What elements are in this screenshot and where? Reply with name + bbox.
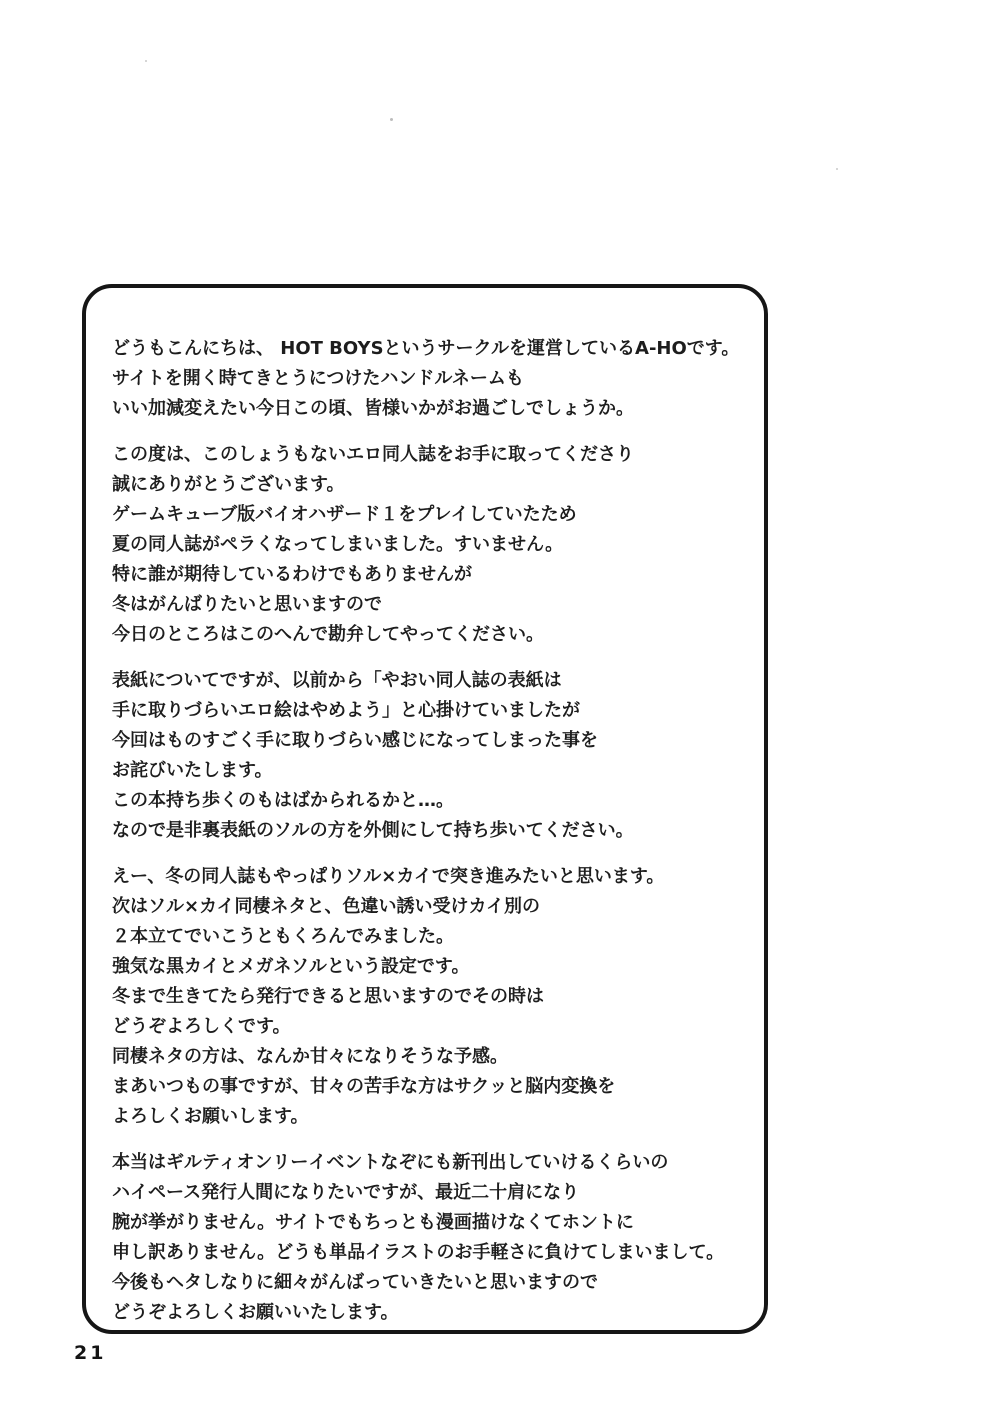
text-line: 同棲ネタの方は、なんか甘々になりそうな予感。 bbox=[112, 1042, 740, 1072]
text-line: 腕が挙がりません。サイトでもちっとも漫画描けなくてホントに bbox=[112, 1208, 740, 1238]
text-line: えー、冬の同人誌もやっぱりソル×カイで突き進みたいと思います。 bbox=[112, 862, 740, 892]
text-line: 手に取りづらいエロ絵はやめよう」と心掛けていましたが bbox=[112, 696, 740, 726]
paragraph-greeting: どうもこんにちは、 HOT BOYSというサークルを運営しているA-HOです。 … bbox=[112, 334, 740, 424]
text-line: どうもこんにちは、 HOT BOYSというサークルを運営しているA-HOです。 bbox=[112, 334, 740, 364]
text-line: まあいつもの事ですが、甘々の苦手な方はサクッと脳内変換を bbox=[112, 1072, 740, 1102]
text-line: 強気な黒カイとメガネソルという設定です。 bbox=[112, 952, 740, 982]
text-line: 誠にありがとうございます。 bbox=[112, 470, 740, 500]
text-line: いい加減変えたい今日この頃、皆様いかがお過ごしでしょうか。 bbox=[112, 394, 740, 424]
text-line: ２本立てでいこうともくろんでみました。 bbox=[112, 922, 740, 952]
text-line: どうぞよろしくお願いいたします。 bbox=[112, 1298, 740, 1328]
paragraph-thanks: この度は、このしょうもないエロ同人誌をお手に取ってくださり 誠にありがとうござい… bbox=[112, 440, 740, 650]
text-line: よろしくお願いします。 bbox=[112, 1102, 740, 1132]
text-line: ゲームキューブ版バイオハザード１をプレイしていたため bbox=[112, 500, 740, 530]
text-line: 今後もヘタしなりに細々がんばっていきたいと思いますので bbox=[112, 1268, 740, 1298]
text-line: 本当はギルティオンリーイベントなぞにも新刊出していけるくらいの bbox=[112, 1148, 740, 1178]
text-line: 次はソル×カイ同棲ネタと、色違い誘い受けカイ別の bbox=[112, 892, 740, 922]
text-line: ハイペース発行人間になりたいですが、最近二十肩になり bbox=[112, 1178, 740, 1208]
text-line: どうぞよろしくです。 bbox=[112, 1012, 740, 1042]
text-line: 夏の同人誌がペラくなってしまいました。すいません。 bbox=[112, 530, 740, 560]
page-number: 21 bbox=[74, 1342, 106, 1364]
text-line: 申し訳ありません。どうも単品イラストのお手軽さに負けてしまいまして。 bbox=[112, 1238, 740, 1268]
text-line: この度は、このしょうもないエロ同人誌をお手に取ってくださり bbox=[112, 440, 740, 470]
text-line: なので是非裏表紙のソルの方を外側にして持ち歩いてください。 bbox=[112, 816, 740, 846]
text-line: お詫びいたします。 bbox=[112, 756, 740, 786]
text-line: 特に誰が期待しているわけでもありませんが bbox=[112, 560, 740, 590]
text-line: サイトを開く時てきとうにつけたハンドルネームも bbox=[112, 364, 740, 394]
text-line: 冬はがんばりたいと思いますので bbox=[112, 590, 740, 620]
afterword-text-box: どうもこんにちは、 HOT BOYSというサークルを運営しているA-HOです。 … bbox=[82, 284, 768, 1334]
text-line: 今回はものすごく手に取りづらい感じになってしまった事を bbox=[112, 726, 740, 756]
scan-speck bbox=[145, 60, 147, 62]
scan-speck bbox=[390, 118, 393, 121]
paragraph-closing: 本当はギルティオンリーイベントなぞにも新刊出していけるくらいの ハイペース発行人… bbox=[112, 1148, 740, 1328]
paragraph-winter-plans: えー、冬の同人誌もやっぱりソル×カイで突き進みたいと思います。 次はソル×カイ同… bbox=[112, 862, 740, 1132]
scan-speck bbox=[836, 168, 838, 170]
paragraph-cover-apology: 表紙についてですが、以前から「やおい同人誌の表紙は 手に取りづらいエロ絵はやめよ… bbox=[112, 666, 740, 846]
text-line: 今日のところはこのへんで勘弁してやってください。 bbox=[112, 620, 740, 650]
text-line: この本持ち歩くのもはばかられるかと…。 bbox=[112, 786, 740, 816]
text-line: 冬まで生きてたら発行できると思いますのでその時は bbox=[112, 982, 740, 1012]
text-line: 表紙についてですが、以前から「やおい同人誌の表紙は bbox=[112, 666, 740, 696]
scanned-doujinshi-page: どうもこんにちは、 HOT BOYSというサークルを運営しているA-HOです。 … bbox=[0, 0, 1000, 1418]
